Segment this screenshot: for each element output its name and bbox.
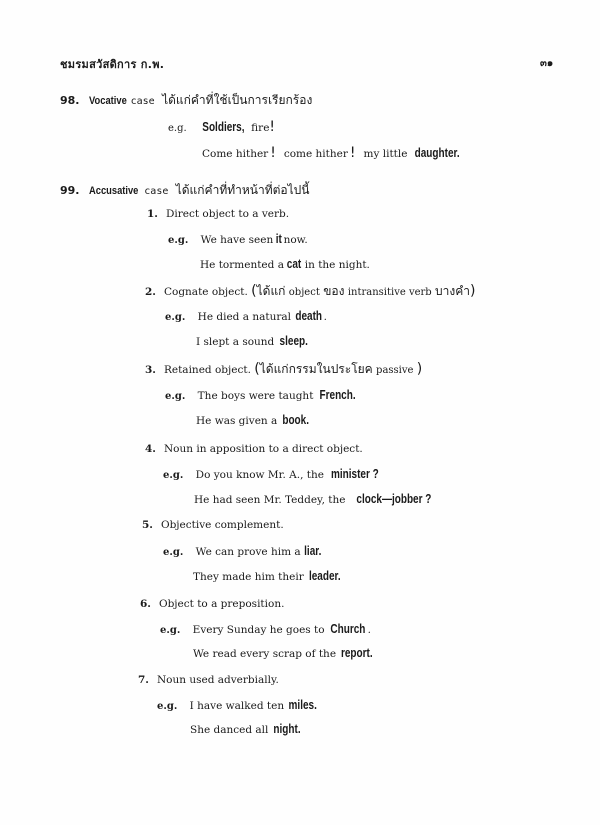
item-5-title: 5.Objective complement. (142, 518, 284, 532)
item-6-example-2: We read every scrap of the report. (193, 646, 375, 661)
page-number: ๓๑ (540, 57, 553, 71)
note-text: passive (376, 365, 413, 376)
item-5-example-2: They made him their leader. (193, 569, 343, 584)
eg-label: e.g. (163, 547, 183, 558)
item-1-title: 1.Direct object to a verb. (147, 207, 289, 221)
eg-label: e.g. (165, 312, 185, 323)
section-number: 99. (60, 184, 80, 197)
example-bold-word: night. (273, 722, 300, 736)
item-6-title: 6.Object to a preposition. (140, 597, 284, 611)
item-number: 6. (140, 598, 151, 610)
section-case-word: case (131, 96, 155, 107)
note-paren: ) (417, 361, 422, 377)
item-1-example-1: e.g. We have seen it now. (168, 232, 308, 248)
example-bold-word: it (275, 232, 281, 246)
example-bold-word: daughter. (414, 146, 459, 160)
section-term: Vocative (89, 94, 127, 108)
example-bold-word: Church (330, 622, 365, 636)
item-number: 4. (145, 443, 156, 455)
section-thai-description: ได้แก่คำที่ทำหน้าที่ต่อไปนี้ (176, 183, 310, 197)
item-title: Noun in apposition to a direct object. (164, 443, 363, 455)
item-number: 2. (145, 286, 156, 298)
example-bold-word: liar. (304, 544, 321, 558)
example-text: She danced all (190, 724, 268, 736)
example-text: I have walked ten (190, 700, 284, 712)
example-text: my little (364, 148, 408, 160)
section-98-example-2: Come hither!come hither!my little daught… (202, 146, 463, 161)
note-thai: ได้แก่กรรมในประโยค (260, 362, 373, 376)
item-5-example-1: e.g. We can prove him a liar. (163, 544, 322, 560)
section-99-heading: 99. Accusative case ได้แก่คำที่ทำหน้าที่… (60, 183, 310, 199)
note-thai: ของ (323, 284, 344, 298)
example-text: Come hither (202, 148, 268, 160)
item-2-title: 2.Cognate object. (ได้แก่ object ของ int… (145, 284, 476, 300)
example-text: fire (248, 122, 270, 134)
example-bold-word: miles. (289, 698, 317, 712)
item-2-example-1: e.g. He died a natural death. (165, 309, 327, 325)
item-title: Objective complement. (161, 519, 284, 531)
example-bold-word: leader. (309, 569, 341, 583)
item-3-example-2: He was given a book. (196, 413, 310, 428)
eg-label: e.g. (163, 470, 183, 481)
example-text: Do you know Mr. A., the (196, 469, 324, 481)
eg-label: e.g. (168, 235, 188, 246)
example-text: We have seen (201, 234, 274, 246)
item-1-example-2: He tormented a cat in the night. (200, 257, 370, 272)
item-3-title: 3.Retained object. (ได้แก่กรรมในประโยค p… (145, 362, 422, 378)
item-7-title: 7.Noun used adverbially. (138, 673, 279, 687)
example-bold-word: book. (282, 413, 309, 427)
eg-label: e.g. (157, 701, 177, 712)
note-text: intransitive verb (348, 287, 432, 298)
example-bold-word: clock—jobber ? (356, 492, 431, 506)
section-98-heading: 98. Vocative case ได้แก่คำที่ใช้เป็นการเ… (60, 93, 312, 109)
note-paren: ) (470, 283, 475, 299)
example-text: . (324, 311, 327, 323)
example-text: come hither (284, 148, 348, 160)
example-bold-word: report. (341, 646, 373, 660)
item-title: Direct object to a verb. (166, 208, 289, 220)
note-thai: ได้แก่ (257, 284, 286, 298)
item-4-title: 4.Noun in apposition to a direct object. (145, 442, 363, 456)
example-text: I slept a sound (196, 336, 274, 348)
example-text: He had seen Mr. Teddey, the (194, 494, 345, 506)
item-title: Retained object. (164, 364, 251, 376)
item-2-example-2: I slept a sound sleep. (196, 334, 309, 349)
item-title: Noun used adverbially. (157, 674, 279, 686)
item-3-example-1: e.g. The boys were taught French. (165, 388, 358, 404)
example-text: They made him their (193, 571, 304, 583)
example-text: The boys were taught (198, 390, 314, 402)
example-bold-word: cat (287, 257, 301, 271)
eg-label: e.g. (165, 391, 185, 402)
example-text: . (368, 624, 371, 636)
example-text: in the night. (305, 259, 370, 271)
item-number: 7. (138, 674, 149, 686)
example-text: We can prove him a (196, 546, 301, 558)
item-number: 3. (145, 364, 156, 376)
example-text: He died a natural (198, 311, 291, 323)
example-punct: ! (270, 145, 276, 161)
item-6-example-1: e.g. Every Sunday he goes to Church. (160, 622, 371, 638)
example-bold-word: sleep. (279, 334, 307, 348)
item-4-example-2: He had seen Mr. Teddey, the clock—jobber… (194, 492, 439, 507)
document-page: ชมรมสวัสดิการ ก.พ. ๓๑ 98. Vocative case … (0, 0, 600, 825)
item-7-example-2: She danced all night. (190, 722, 302, 737)
example-punct: ! (269, 119, 275, 135)
item-title: Object to a preposition. (159, 598, 284, 610)
example-punct: ! (350, 145, 356, 161)
example-bold-word: death (296, 309, 323, 323)
eg-label: e.g. (160, 625, 180, 636)
example-text: We read every scrap of the (193, 648, 336, 660)
section-98-example-1: e.g. Soldiers, fire! (168, 120, 275, 136)
section-number: 98. (60, 94, 80, 107)
example-bold-word: minister ? (331, 467, 379, 481)
note-text: object (289, 287, 320, 298)
running-header: ชมรมสวัสดิการ ก.พ. (60, 58, 164, 72)
example-bold-word: Soldiers, (202, 120, 244, 134)
example-text: Every Sunday he goes to (193, 624, 325, 636)
section-thai-description: ได้แก่คำที่ใช้เป็นการเรียกร้อง (162, 93, 312, 107)
eg-label: e.g. (168, 123, 187, 134)
section-term: Accusative (89, 184, 138, 198)
item-number: 1. (147, 208, 158, 220)
item-4-example-1: e.g. Do you know Mr. A., the minister ? (163, 467, 383, 483)
example-bold-word: French. (319, 388, 355, 402)
item-title: Cognate object. (164, 286, 248, 298)
example-text: He was given a (196, 415, 277, 427)
example-text: now. (284, 234, 308, 246)
item-number: 5. (142, 519, 153, 531)
section-case-word: case (144, 186, 168, 197)
note-thai: บางคำ (435, 284, 470, 298)
example-text: He tormented a (200, 259, 284, 271)
item-7-example-1: e.g. I have walked ten miles. (157, 698, 319, 714)
